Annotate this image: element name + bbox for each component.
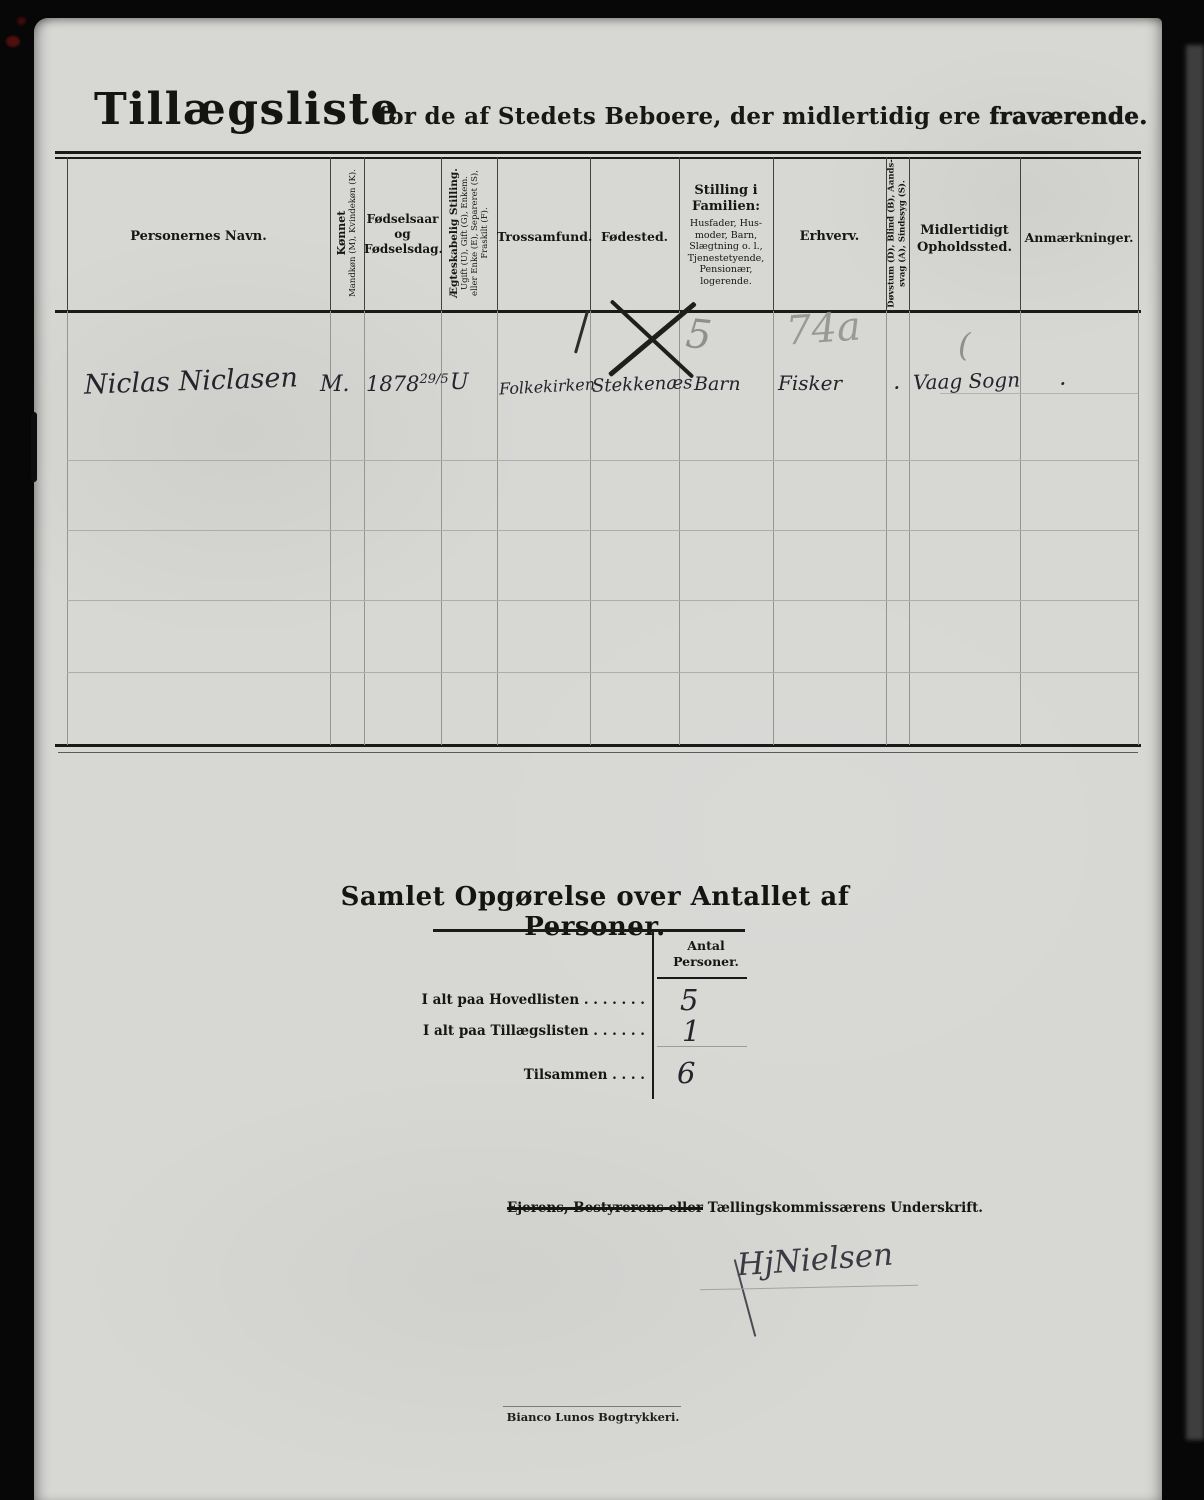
scanned-census-page: Tillægsliste for de af Stedets Beboere, … <box>0 0 1204 1500</box>
birth-line1: Fødselsaar <box>364 212 441 227</box>
scan-edge-streak <box>31 412 37 482</box>
row1-disability-dot: . <box>894 374 900 393</box>
residence-line1: Midlertidigt <box>909 222 1020 239</box>
col-header-family: Stilling i Familien: Husfader, Hus- mode… <box>679 183 773 287</box>
marital-line3: eller Enke (E), Separeret (S), <box>470 170 480 296</box>
row1-marital: U <box>450 370 469 395</box>
row1-residence: Vaag Sogn <box>913 368 1021 395</box>
signature-label-struck: Ejerens, Bestyrerens eller <box>507 1200 703 1216</box>
family-line3: Husfader, Hus- <box>679 218 773 230</box>
birth-line3: Fødselsdag. <box>364 242 441 257</box>
summary-col-header-line1: Antal <box>657 938 755 954</box>
residence-line2: Opholdssted. <box>909 239 1020 256</box>
row1-birthplace: Stekkenæs <box>592 372 693 396</box>
table-bottom-rule-2 <box>58 752 1138 753</box>
summary-value-hovedlisten: 5 <box>680 983 698 1017</box>
family-line5: Slægtning o. l., <box>679 241 773 253</box>
row1-birth-date: 29/5 <box>419 372 448 387</box>
header-bottom-rule <box>55 310 1141 313</box>
row1-family: Barn <box>694 373 741 395</box>
summary-row-tillaegslisten: I alt paa Tillægslisten . . . . . . <box>380 1023 645 1039</box>
col-header-birthplace: Fødested. <box>590 230 679 244</box>
summary-top-rule <box>433 929 745 932</box>
row-line <box>67 460 1138 461</box>
summary-value-tilsammen: 6 <box>677 1056 695 1090</box>
row1-remarks-dot: . <box>1060 370 1066 389</box>
family-line8: logerende. <box>679 276 773 288</box>
col-header-faith: Trossamfund. <box>497 230 590 244</box>
col-header-sex: Kønnet Mandkøn (M), Kvindekøn (K). <box>330 158 364 308</box>
col-header-birth: Fødselsaar og Fødselsdag. <box>364 212 441 257</box>
red-archive-mark <box>6 36 20 47</box>
table-top-rule <box>55 151 1141 154</box>
page-subtitle: for de af Stedets Beboere, der midlertid… <box>378 103 1147 130</box>
col-line <box>773 157 774 745</box>
col-line <box>497 157 498 745</box>
pencil-code: 74a <box>784 303 862 354</box>
summary-vertical-rule <box>652 929 654 1099</box>
row1-sex: M. <box>320 372 350 397</box>
subtitle-emphasis: fraværende. <box>989 103 1147 130</box>
disability-line2: svag (A), Sindssyg (S). <box>897 180 907 287</box>
red-archive-mark <box>17 17 26 25</box>
disability-line1: Døvstum (D), Blind (B), Aands- <box>887 159 897 308</box>
printer-imprint: Bianco Lunos Bogtrykkeri. <box>448 1410 738 1424</box>
col-header-residence: Midlertidigt Opholdssted. <box>909 222 1020 256</box>
summary-col-header-line2: Personer. <box>657 954 755 970</box>
table-bottom-rule <box>55 744 1141 747</box>
col-header-sex-line2: Mandkøn (M), Kvindekøn (K). <box>348 169 358 297</box>
col-header-remarks: Anmærkninger. <box>1020 231 1138 245</box>
marital-line2: Ugift (U), Gift (G), Enkem. <box>460 176 470 290</box>
col-header-marital: Ægteskabelig Stilling. Ugift (U), Gift (… <box>441 158 497 308</box>
pencil-number: 5 <box>684 311 714 359</box>
summary-heading: Samlet Opgørelse over Antallet af Person… <box>295 882 895 942</box>
marital-line4: Fraskilt (F). <box>480 207 490 258</box>
summary-value-tillaegslisten: 1 <box>682 1014 700 1048</box>
signature-label-rest: Tællingskommissærens Underskrift. <box>708 1200 983 1216</box>
col-header-name: Personernes Navn. <box>67 230 330 245</box>
summary-faint-rule <box>657 1046 747 1047</box>
row-line <box>67 600 1138 601</box>
birth-line2: og <box>364 227 441 242</box>
family-line7: Pensionær, <box>679 264 773 276</box>
col-header-disability: Døvstum (D), Blind (B), Aands- svag (A),… <box>886 159 909 309</box>
subtitle-text: for de af Stedets Beboere, der midlertid… <box>378 103 981 130</box>
summary-row-tilsammen: Tilsammen . . . . <box>380 1067 645 1083</box>
scan-edge-gray-band <box>1186 45 1204 1440</box>
family-line1: Stilling i <box>679 183 773 199</box>
col-line <box>590 157 591 745</box>
row-line <box>67 672 1138 673</box>
col-header-occupation: Erhverv. <box>773 230 886 245</box>
signature-label: Ejerens, Bestyrerens eller Tællingskommi… <box>395 1200 1095 1216</box>
col-header-sex-line1: Kønnet <box>336 211 349 256</box>
row1-occupation: Fisker <box>778 371 842 395</box>
page-title: Tillægsliste <box>94 84 400 135</box>
family-line2: Familien: <box>679 199 773 215</box>
family-line6: Tjenestetyende, <box>679 253 773 265</box>
pencil-paren: ( <box>958 326 970 364</box>
printer-rule <box>503 1406 681 1407</box>
col-line <box>67 157 68 745</box>
row1-birth-year: 1878 <box>366 372 419 396</box>
marital-line1: Ægteskabelig Stilling. <box>448 168 460 298</box>
col-line <box>1138 157 1139 745</box>
table-top-rule-2 <box>55 157 1141 159</box>
summary-subrule <box>657 977 747 979</box>
summary-row-hovedlisten: I alt paa Hovedlisten . . . . . . . <box>380 992 645 1008</box>
row1-birth: 187829/5 <box>366 372 449 396</box>
row-line <box>940 393 1138 394</box>
family-line4: moder, Barn, <box>679 230 773 242</box>
row-line <box>67 530 1138 531</box>
summary-col-header: Antal Personer. <box>657 938 755 970</box>
